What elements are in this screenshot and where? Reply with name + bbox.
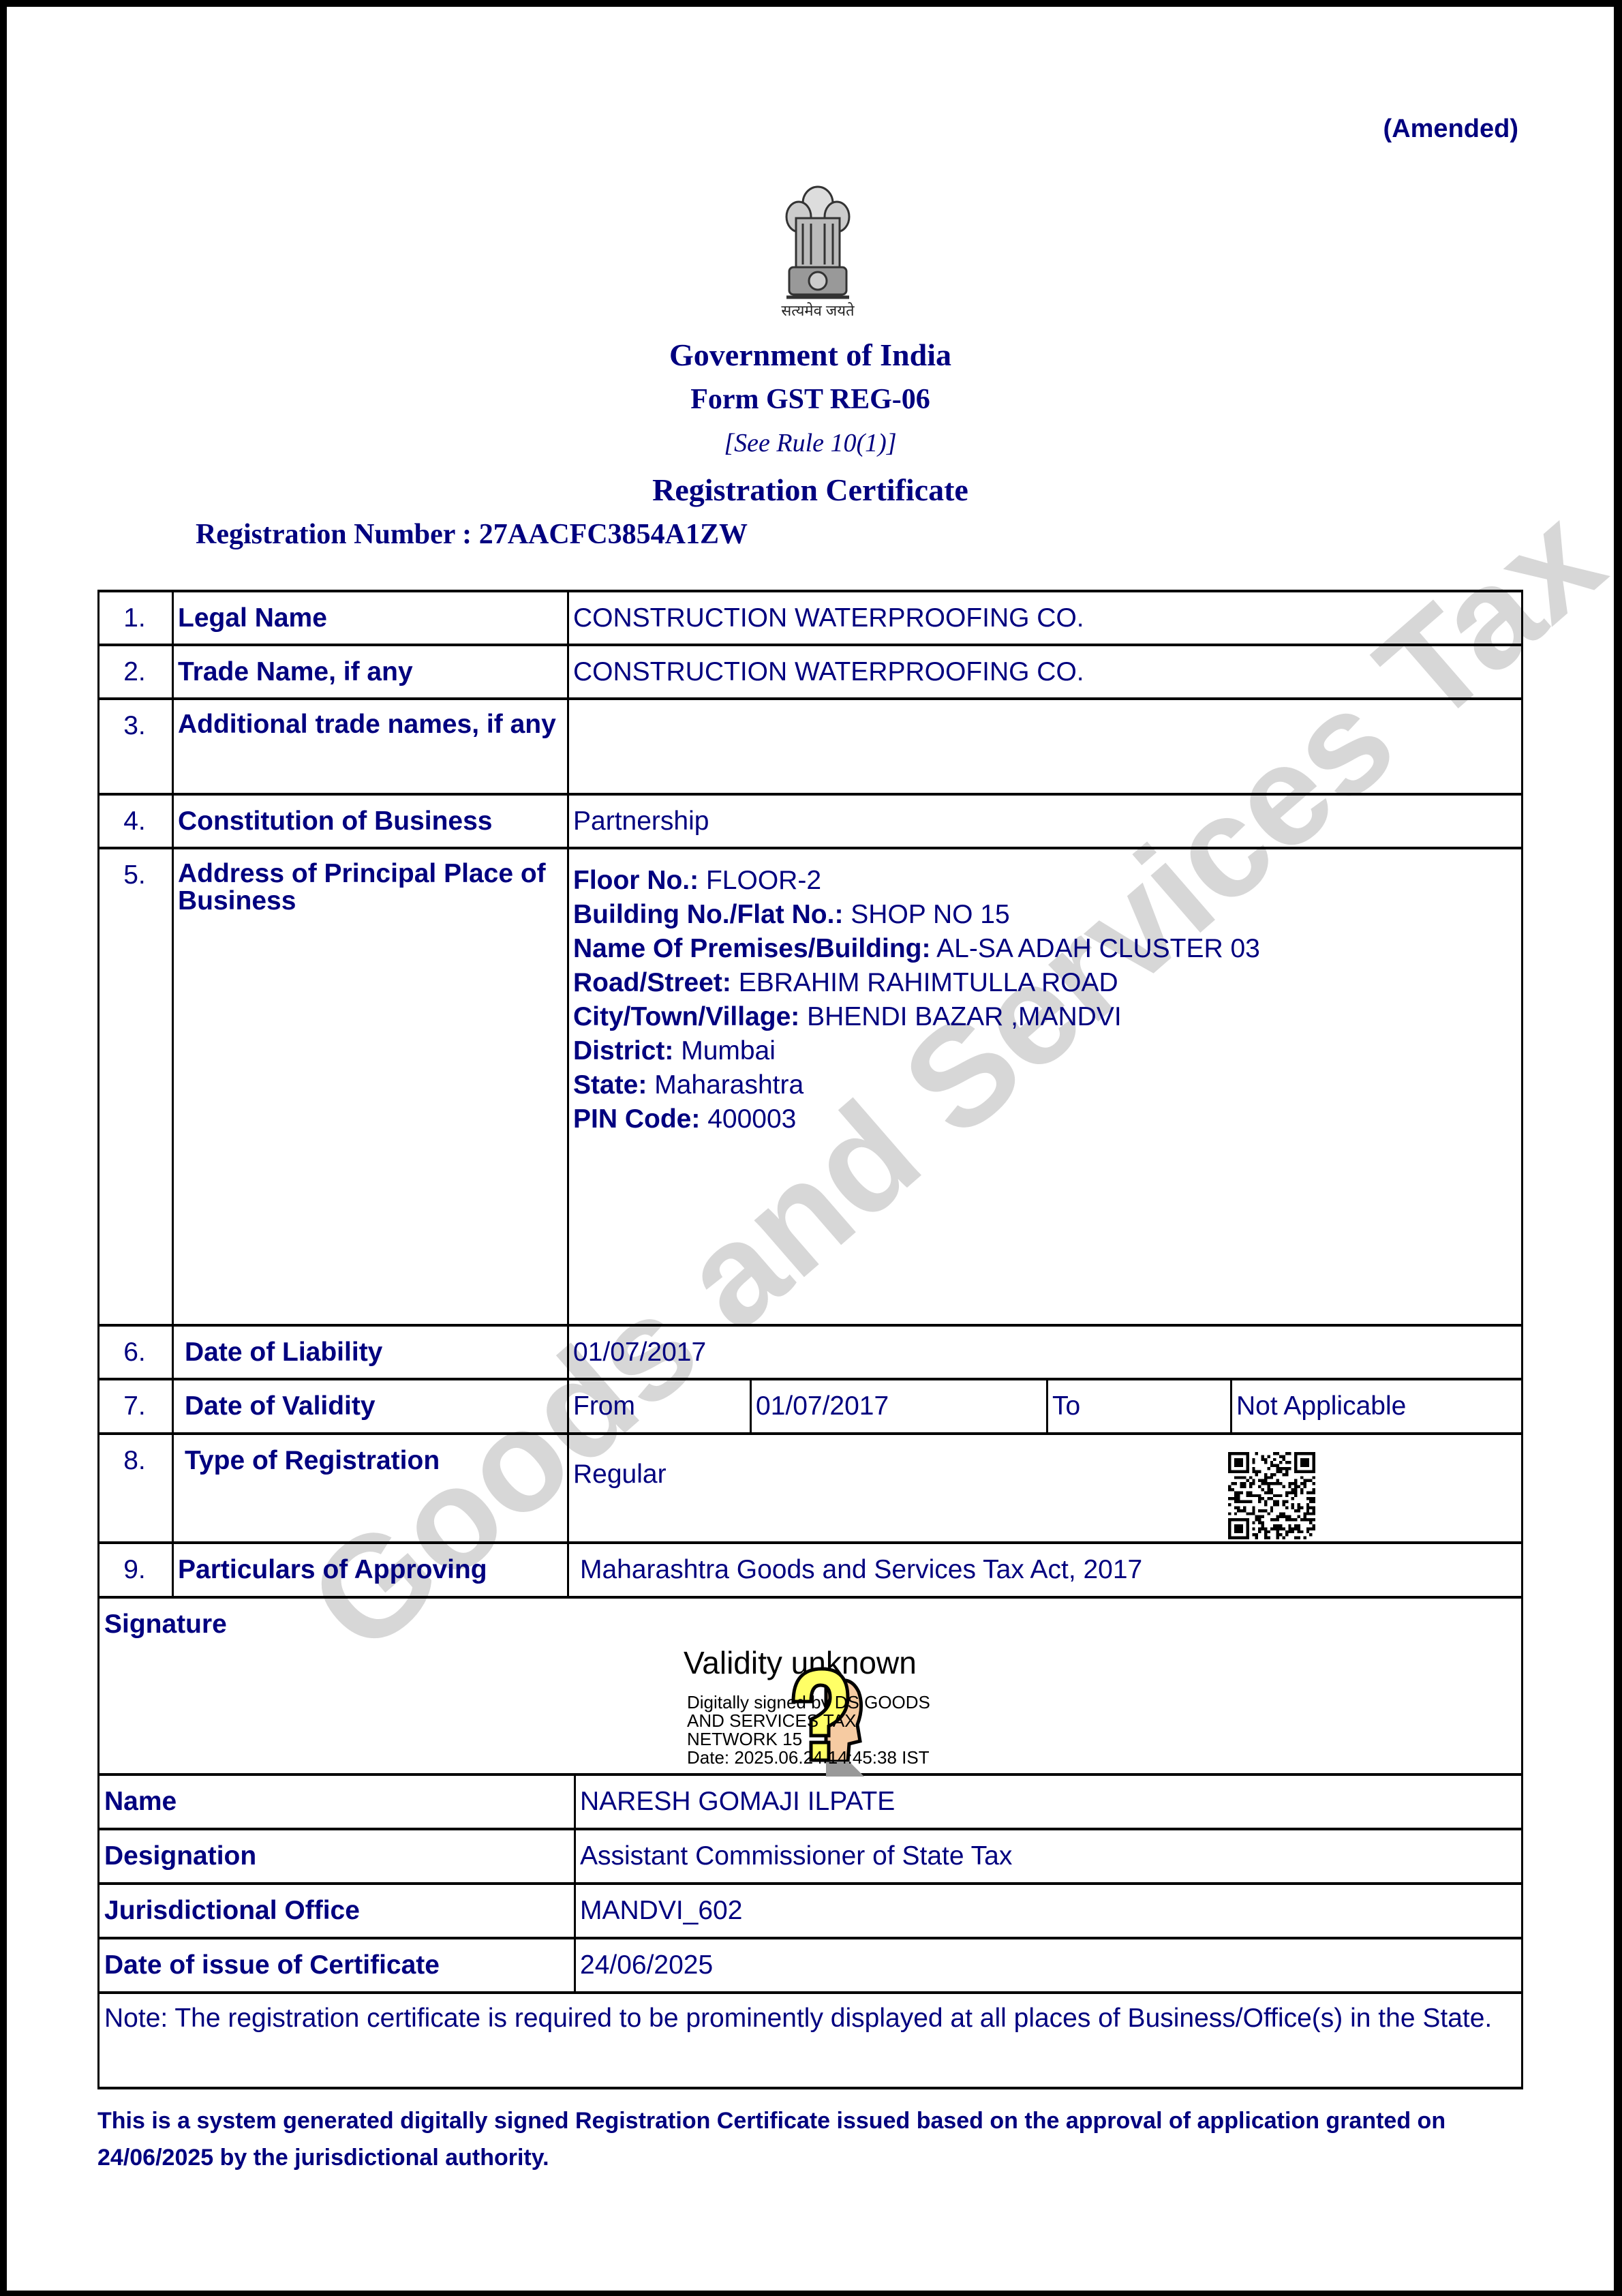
row-number: 2. <box>97 657 172 687</box>
address-road: Road/Street: EBRAHIM RAHIMTULLA ROAD <box>573 966 1260 1000</box>
officer-name-value: NARESH GOMAJI ILPATE <box>580 1787 895 1817</box>
jurisdictional-office-value: MANDVI_602 <box>580 1896 742 1926</box>
row-number: 5. <box>97 860 172 890</box>
government-title: Government of India <box>7 337 1614 373</box>
validity-to-value: Not Applicable <box>1236 1391 1406 1421</box>
signature-label: Signature <box>104 1610 227 1640</box>
particulars-value: Maharashtra Goods and Services Tax Act, … <box>580 1555 1142 1585</box>
row-number: 4. <box>97 806 172 836</box>
legal-name-label: Legal Name <box>178 603 327 633</box>
row-number: 7. <box>97 1391 172 1421</box>
date-of-liability-value: 01/07/2017 <box>573 1338 706 1368</box>
certificate-page: Goods and Services Tax (Amended) सत्यमेव… <box>7 7 1614 2291</box>
digital-signature-details: Digitally signed by DS GOODS AND SERVICE… <box>687 1693 973 1767</box>
certificate-table: 1. Legal Name CONSTRUCTION WATERPROOFING… <box>97 590 1523 2095</box>
officer-name-label: Name <box>104 1787 177 1817</box>
registration-number-label: Registration Number : <box>196 519 472 550</box>
row-number: 1. <box>97 603 172 633</box>
registration-number: Registration Number : 27AACFC3854A1ZW <box>196 518 748 551</box>
address-city: City/Town/Village: BHENDI BAZAR ,MANDVI <box>573 1000 1260 1034</box>
date-of-issue-value: 24/06/2025 <box>580 1950 713 1980</box>
date-of-issue-label: Date of issue of Certificate <box>104 1950 440 1980</box>
amended-label: (Amended) <box>1383 115 1518 144</box>
row-number: 6. <box>97 1338 172 1368</box>
certificate-title: Registration Certificate <box>7 472 1614 508</box>
address-building: Building No./Flat No.: SHOP NO 15 <box>573 898 1260 932</box>
qr-code-icon <box>1228 1452 1315 1539</box>
designation-label: Designation <box>104 1841 256 1871</box>
constitution-value: Partnership <box>573 806 709 836</box>
validity-to-label: To <box>1052 1391 1080 1421</box>
address-pin: PIN Code: 400003 <box>573 1102 1260 1136</box>
display-note: Note: The registration certificate is re… <box>104 2005 1508 2032</box>
type-of-registration-label: Type of Registration <box>185 1446 440 1476</box>
legal-name-value: CONSTRUCTION WATERPROOFING CO. <box>573 603 1084 633</box>
date-of-liability-label: Date of Liability <box>185 1338 382 1368</box>
trade-name-label: Trade Name, if any <box>178 657 413 687</box>
row-number: 3. <box>97 711 172 741</box>
rule-reference: [See Rule 10(1)] <box>7 428 1614 458</box>
address-block: Floor No.: FLOOR-2 Building No./Flat No.… <box>573 864 1260 1136</box>
validity-from-value: 01/07/2017 <box>756 1391 889 1421</box>
type-of-registration-value: Regular <box>573 1460 667 1490</box>
trade-name-value: CONSTRUCTION WATERPROOFING CO. <box>573 657 1084 687</box>
constitution-label: Constitution of Business <box>178 806 493 836</box>
emblem-motto: सत्यमेव जयते <box>763 300 872 320</box>
address-state: State: Maharashtra <box>573 1068 1260 1102</box>
row-number: 9. <box>97 1555 172 1585</box>
designation-value: Assistant Commissioner of State Tax <box>580 1841 1012 1871</box>
validity-from-label: From <box>573 1391 635 1421</box>
date-of-validity-label: Date of Validity <box>185 1391 376 1421</box>
address-label: Address of Principal Place of Business <box>178 860 560 915</box>
row-number: 8. <box>97 1446 172 1476</box>
form-title: Form GST REG-06 <box>7 383 1614 416</box>
registration-number-value: 27AACFC3854A1ZW <box>479 519 748 550</box>
address-floor: Floor No.: FLOOR-2 <box>573 864 1260 898</box>
address-district: District: Mumbai <box>573 1034 1260 1068</box>
address-premises: Name Of Premises/Building: AL-SA ADAH CL… <box>573 932 1260 966</box>
jurisdictional-office-label: Jurisdictional Office <box>104 1896 360 1926</box>
particulars-label: Particulars of Approving <box>178 1555 487 1585</box>
system-generated-footer: This is a system generated digitally sig… <box>97 2102 1529 2176</box>
additional-trade-names-label: Additional trade names, if any <box>178 711 560 738</box>
